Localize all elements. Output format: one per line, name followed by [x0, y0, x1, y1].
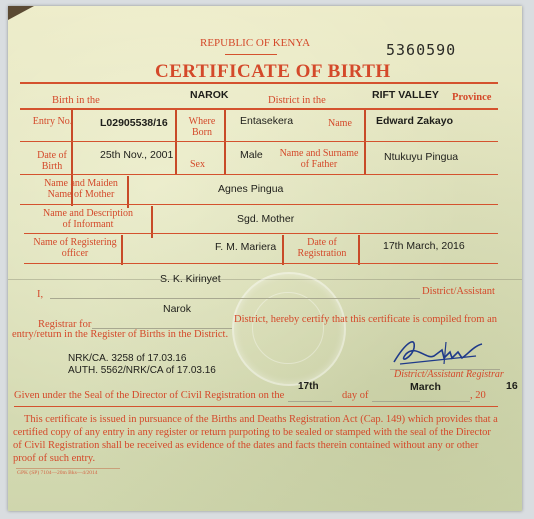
informant-value: Sgd. Mother [237, 213, 294, 225]
month-line [372, 401, 470, 402]
col-divider-regdate-2 [358, 235, 360, 265]
year-value: 16 [506, 380, 518, 392]
heading-divider [225, 54, 277, 55]
where-born-value: Entasekera [240, 115, 293, 127]
father-label: Name and Surname of Father [276, 148, 362, 170]
rule-row3 [20, 204, 498, 205]
certify-text-2: entry/return in the Register of Births i… [12, 329, 228, 340]
reference-1: NRK/CA. 3258 of 17.03.16 [68, 353, 186, 364]
reg-date-label: Date of Registration [292, 237, 352, 259]
entry-no-label: Entry No. [30, 116, 75, 127]
rule-row1 [20, 141, 498, 142]
given-under-seal-text: Given under the Seal of the Director of … [14, 390, 284, 401]
footer-line [16, 468, 120, 469]
col-divider-4 [364, 110, 366, 174]
legal-notice-line-1: This certificate is issued in pursuance … [24, 413, 498, 426]
col-divider-officer [121, 235, 123, 265]
day-line [288, 401, 332, 402]
republic-heading: REPUBLIC OF KENYA [200, 37, 310, 49]
district-value: NAROK [190, 89, 229, 101]
officer-label: Name of Registering officer [32, 237, 118, 259]
birth-in-the-label: Birth in the [52, 95, 100, 106]
certify-text: District, hereby certify that this certi… [234, 314, 497, 325]
day-of-label: day of [342, 390, 369, 401]
district-in-the-label: District in the [268, 95, 326, 106]
year-prefix: , 20 [470, 390, 486, 401]
dob-value: 25th Nov., 2001 [100, 149, 173, 161]
father-value: Ntukuyu Pingua [384, 151, 458, 163]
informant-label: Name and Description of Informant [38, 208, 138, 230]
month-value: March [410, 381, 441, 393]
signature-label: District/Assistant Registrar [394, 369, 504, 380]
day-value: 17th [298, 381, 319, 392]
serial-number: 5360590 [386, 41, 456, 59]
reg-date-value: 17th March, 2016 [383, 240, 465, 252]
province-value: RIFT VALLEY [372, 89, 439, 101]
name-label: Name [328, 118, 352, 129]
legal-notice-line-2: certified copy of any entry in any regis… [13, 426, 491, 439]
name-value: Edward Zakayo [376, 115, 453, 127]
rule-row4 [24, 233, 498, 234]
sex-value: Male [240, 149, 263, 161]
printer-code: GPK (SP) 7104—20m Bks—4/2014 [17, 470, 98, 476]
col-divider-3 [224, 110, 226, 174]
col-divider-2 [175, 110, 177, 174]
officer-value: F. M. Mariera [215, 241, 276, 253]
registrar-signature [386, 334, 486, 372]
legal-notice-line-3: of Civil Registration shall be received … [13, 439, 478, 452]
legal-notice-line-4: proof of such entry. [13, 452, 95, 465]
col-divider-regdate [282, 235, 284, 265]
rule-location [20, 108, 498, 110]
mother-label: Name and Maiden Name of Mother [36, 178, 126, 200]
certificate-title: CERTIFICATE OF BIRTH [155, 61, 391, 83]
registrar-name-line [50, 298, 420, 299]
dob-label: Date of Birth [28, 150, 76, 172]
folded-corner [8, 6, 34, 20]
rule-row2 [20, 174, 498, 175]
sex-label: Sex [190, 159, 205, 170]
embossed-seal-inner [252, 292, 324, 364]
rule-top [20, 82, 498, 84]
rule-row5 [24, 263, 498, 264]
where-born-label: Where Born [182, 116, 222, 138]
province-label: Province [452, 92, 491, 103]
entry-no-value: L02905538/16 [100, 117, 168, 129]
reference-2: AUTH. 5562/NRK/CA of 17.03.16 [68, 365, 216, 376]
registrar-name: S. K. Kirinyet [160, 273, 221, 285]
registrar-district: Narok [163, 303, 191, 315]
i-label: I, [37, 289, 43, 300]
district-assistant-label: District/Assistant [422, 286, 495, 297]
mother-value: Agnes Pingua [218, 183, 283, 195]
rule-seal [14, 406, 498, 407]
